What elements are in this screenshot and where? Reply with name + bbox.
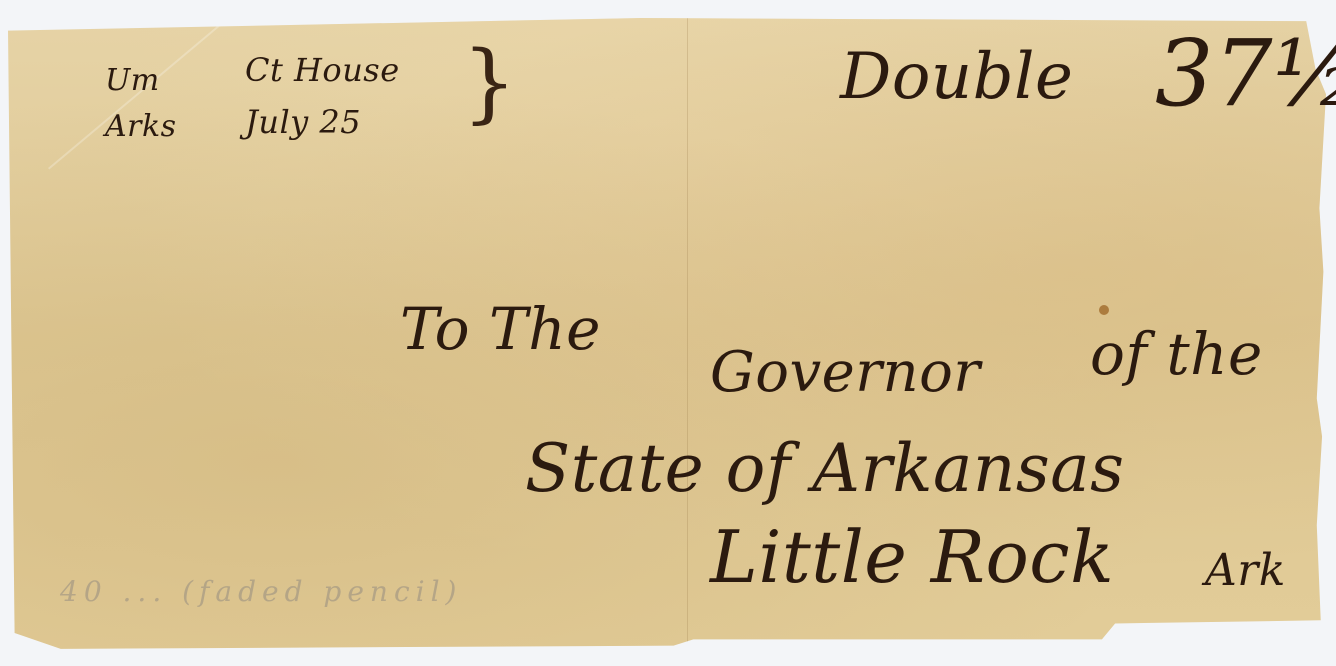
- postmark-line-1: Um: [105, 58, 177, 104]
- postmark-line-2: Arks: [105, 104, 177, 150]
- address-of-the: of the: [1090, 320, 1263, 388]
- address-salutation: To The: [400, 295, 601, 363]
- postmark-office-date: Ct House July 25: [245, 44, 400, 148]
- address-state-abbrev: Ark: [1205, 545, 1286, 596]
- address-state: State of Arkansas: [525, 430, 1124, 507]
- address-title: Governor: [710, 340, 981, 405]
- postage-rate: 37½: [1155, 20, 1336, 127]
- ink-stain: [1099, 305, 1109, 315]
- postmark-brace: }: [462, 40, 517, 126]
- address-city: Little Rock: [710, 515, 1114, 599]
- faded-pencil-notation: 40 ... (faded pencil): [60, 575, 462, 608]
- postmark-office: Ct House: [245, 44, 400, 96]
- rating-label: Double: [840, 40, 1073, 114]
- fold-crease: [687, 18, 688, 652]
- postmark-town-abbrev: Um Arks: [105, 58, 177, 150]
- postmark-date: July 25: [245, 96, 400, 148]
